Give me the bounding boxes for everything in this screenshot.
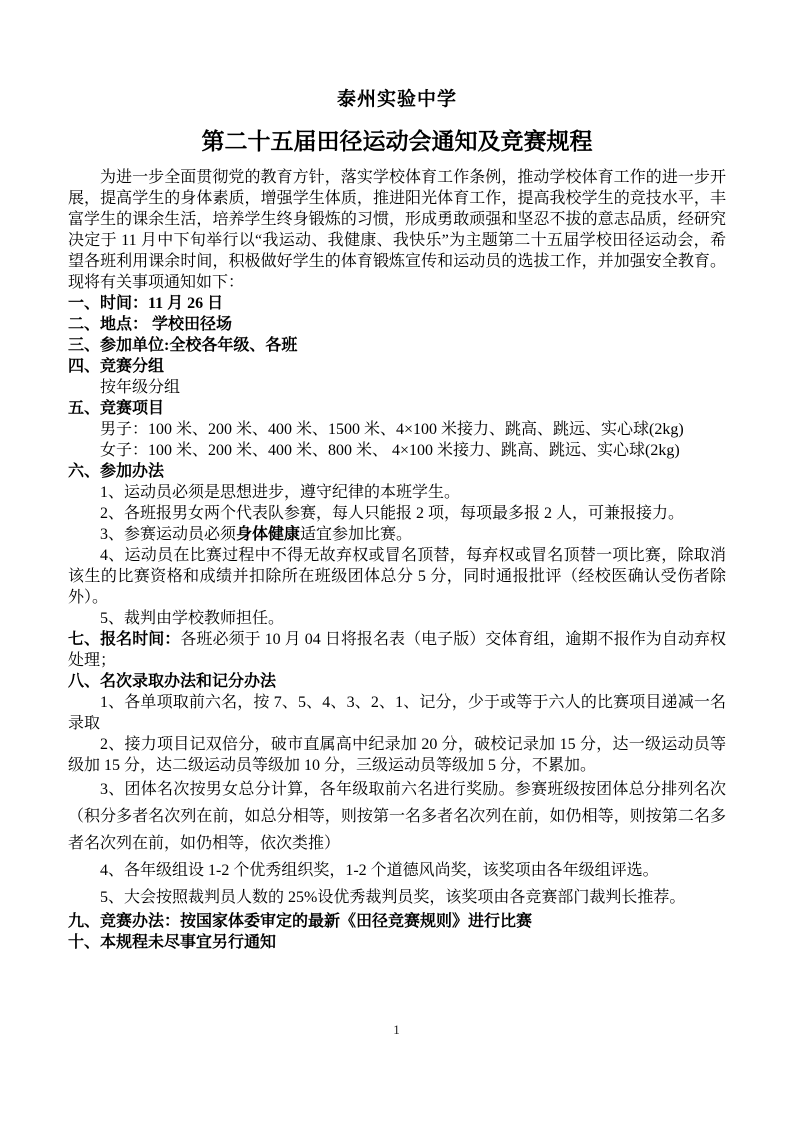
section-10-misc: 十、本规程未尽事宜另行通知 bbox=[68, 932, 726, 953]
section-8-item-2: 2、接力项目记双倍分，破市直属高中纪录加 20 分，破校记录加 15 分，达一级… bbox=[68, 734, 726, 776]
document-subtitle: 第二十五届田径运动会通知及竞赛规程 bbox=[68, 128, 726, 156]
section-6-item-3: 3、参赛运动员必须身体健康适宜参加比赛。 bbox=[68, 524, 726, 545]
text: 适宜参加比赛。 bbox=[300, 526, 412, 543]
section-5-events: 五、竞赛项目 bbox=[68, 398, 726, 419]
bold-text: 一、时间：11 月 26 日 bbox=[68, 295, 223, 312]
section-8-item-5: 5、大会按照裁判员人数的 25%设优秀裁判员奖，该奖项由各竞赛部门裁判长推荐。 bbox=[68, 884, 726, 911]
section-5-events-men: 男子：100 米、200 米、400 米、1500 米、4×100 米接力、跳高… bbox=[68, 419, 726, 440]
text: 3、团体名次按男女总分计算，各年级取前六名进行奖励。参赛班级按团体总分排列名次（… bbox=[68, 781, 726, 852]
bold-text: 五、竞赛项目 bbox=[68, 400, 164, 417]
document-page: 泰州实验中学 第二十五届田径运动会通知及竞赛规程 为进一步全面贯彻党的教育方针，… bbox=[0, 0, 793, 1122]
section-5-events-women: 女子：100 米、200 米、400 米、800 米、 4×100 米接力、跳高… bbox=[68, 440, 726, 461]
text: 3、参赛运动员必须 bbox=[100, 526, 236, 543]
bold-text: 二、地点： 学校田径场 bbox=[68, 316, 232, 333]
intro-paragraph: 为进一步全面贯彻党的教育方针，落实学校体育工作条例，推动学校体育工作的进一步开展… bbox=[68, 167, 726, 293]
bold-text: 四、竞赛分组 bbox=[68, 358, 164, 375]
text: 5、大会按照裁判员人数的 25%设优秀裁判员奖，该奖项由各竞赛部门裁判长推荐。 bbox=[100, 889, 685, 906]
text: 女子：100 米、200 米、400 米、800 米、 4×100 米接力、跳高… bbox=[100, 442, 680, 459]
section-7-registration: 七、报名时间：各班必须于 10 月 04 日将报名表（电子版）交体育组，逾期不报… bbox=[68, 629, 726, 671]
section-2-place: 二、地点： 学校田径场 bbox=[68, 314, 726, 335]
section-8-item-1: 1、各单项取前六名，按 7、5、4、3、2、1、记分，少于或等于六人的比赛项目递… bbox=[68, 692, 726, 734]
section-4-grouping-detail: 按年级分组 bbox=[68, 377, 726, 398]
text: 4、运动员在比赛过程中不得无故弃权或冒名顶替，每弃权或冒名顶替一项比赛，除取消该… bbox=[68, 547, 726, 606]
page-number: 1 bbox=[0, 1022, 793, 1038]
bold-text: 十、本规程未尽事宜另行通知 bbox=[68, 934, 276, 951]
text: 2、各班报男女两个代表队参赛，每人只能报 2 项，每项最多报 2 人，可兼报接力… bbox=[100, 505, 684, 522]
text: 按年级分组 bbox=[100, 379, 180, 396]
section-8-item-3: 3、团体名次按男女总分计算，各年级取前六名进行奖励。参赛班级按团体总分排列名次（… bbox=[68, 776, 726, 857]
section-1-time: 一、时间：11 月 26 日 bbox=[68, 293, 726, 314]
section-9-rules: 九、竞赛办法：按国家体委审定的最新《田径竞赛规则》进行比赛 bbox=[68, 911, 726, 932]
section-4-grouping: 四、竞赛分组 bbox=[68, 356, 726, 377]
section-6-item-2: 2、各班报男女两个代表队参赛，每人只能报 2 项，每项最多报 2 人，可兼报接力… bbox=[68, 503, 726, 524]
document-body: 为进一步全面贯彻党的教育方针，落实学校体育工作条例，推动学校体育工作的进一步开展… bbox=[68, 167, 726, 953]
section-8-item-4: 4、各年级组设 1-2 个优秀组织奖，1-2 个道德风尚奖，该奖项由各年级组评选… bbox=[68, 857, 726, 884]
section-8-scoring: 八、名次录取办法和记分办法 bbox=[68, 671, 726, 692]
text: 2、接力项目记双倍分，破市直属高中纪录加 20 分，破校记录加 15 分，达一级… bbox=[68, 736, 726, 774]
bold-text: 九、竞赛办法：按国家体委审定的最新《田径竞赛规则》进行比赛 bbox=[68, 913, 532, 930]
text: 1、各单项取前六名，按 7、5、4、3、2、1、记分，少于或等于六人的比赛项目递… bbox=[68, 694, 726, 732]
section-6-item-4: 4、运动员在比赛过程中不得无故弃权或冒名顶替，每弃权或冒名顶替一项比赛，除取消该… bbox=[68, 545, 726, 608]
bold-text: 三、参加单位:全校各年级、各班 bbox=[68, 337, 297, 354]
section-6-item-1: 1、运动员必须是思想进步，遵守纪律的本班学生。 bbox=[68, 482, 726, 503]
document-title: 泰州实验中学 bbox=[68, 88, 726, 112]
section-3-units: 三、参加单位:全校各年级、各班 bbox=[68, 335, 726, 356]
text: 1、运动员必须是思想进步，遵守纪律的本班学生。 bbox=[100, 484, 460, 501]
text: 5、裁判由学校教师担任。 bbox=[100, 610, 284, 627]
bold-text: 身体健康 bbox=[236, 526, 300, 543]
section-6-participation: 六、参加办法 bbox=[68, 461, 726, 482]
text: 为进一步全面贯彻党的教育方针，落实学校体育工作条例，推动学校体育工作的进一步开展… bbox=[68, 169, 726, 291]
text: 男子：100 米、200 米、400 米、1500 米、4×100 米接力、跳高… bbox=[100, 421, 684, 438]
section-6-item-5: 5、裁判由学校教师担任。 bbox=[68, 608, 726, 629]
bold-text: 八、名次录取办法和记分办法 bbox=[68, 673, 276, 690]
bold-text: 六、参加办法 bbox=[68, 463, 164, 480]
bold-text: 七、报名时间： bbox=[68, 631, 180, 648]
text: 4、各年级组设 1-2 个优秀组织奖，1-2 个道德风尚奖，该奖项由各年级组评选… bbox=[100, 862, 659, 879]
